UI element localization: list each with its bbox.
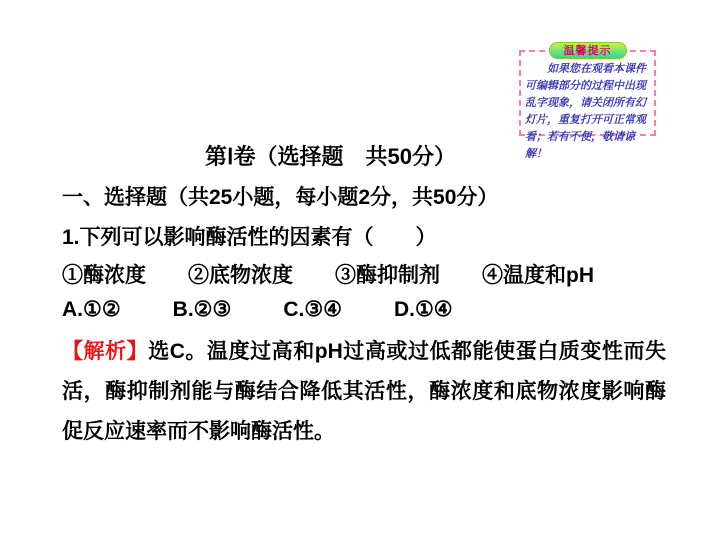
tip-box-text: 如果您在观看本课件可编辑部分的过程中出现乱字现象，请关闭所有幻灯片，重复打开可正… xyxy=(525,61,651,163)
page-title: 第Ⅰ卷（选择题 共50分） xyxy=(205,140,456,171)
option-c: C.③④ xyxy=(283,297,342,322)
option-b: B.②③ xyxy=(173,297,232,322)
options-row: A.①② B.②③ C.③④ D.①④ xyxy=(62,297,453,322)
analysis-tag: 【解析】 xyxy=(62,340,148,363)
choices-line: ①酶浓度 ②底物浓度 ③酶抑制剂 ④温度和pH xyxy=(62,259,594,289)
slide: 温馨提示 如果您在观看本课件可编辑部分的过程中出现乱字现象，请关闭所有幻灯片，重… xyxy=(0,0,720,540)
option-d: D.①④ xyxy=(394,297,453,322)
analysis-text: 选C。温度过高和pH过高或过低都能使蛋白质变性而失活，酶抑制剂能与酶结合降低其活… xyxy=(62,340,666,443)
option-a: A.①② xyxy=(62,297,121,322)
section-heading: 一、选择题（共25小题，每小题2分，共50分） xyxy=(62,181,498,211)
analysis-paragraph: 【解析】选C。温度过高和pH过高或过低都能使蛋白质变性而失活，酶抑制剂能与酶结合… xyxy=(62,332,666,452)
question-text: 1.下列可以影响酶活性的因素有（ ） xyxy=(62,221,437,251)
tip-box-label: 温馨提示 xyxy=(549,42,627,59)
tip-box: 温馨提示 如果您在观看本课件可编辑部分的过程中出现乱字现象，请关闭所有幻灯片，重… xyxy=(519,50,656,136)
